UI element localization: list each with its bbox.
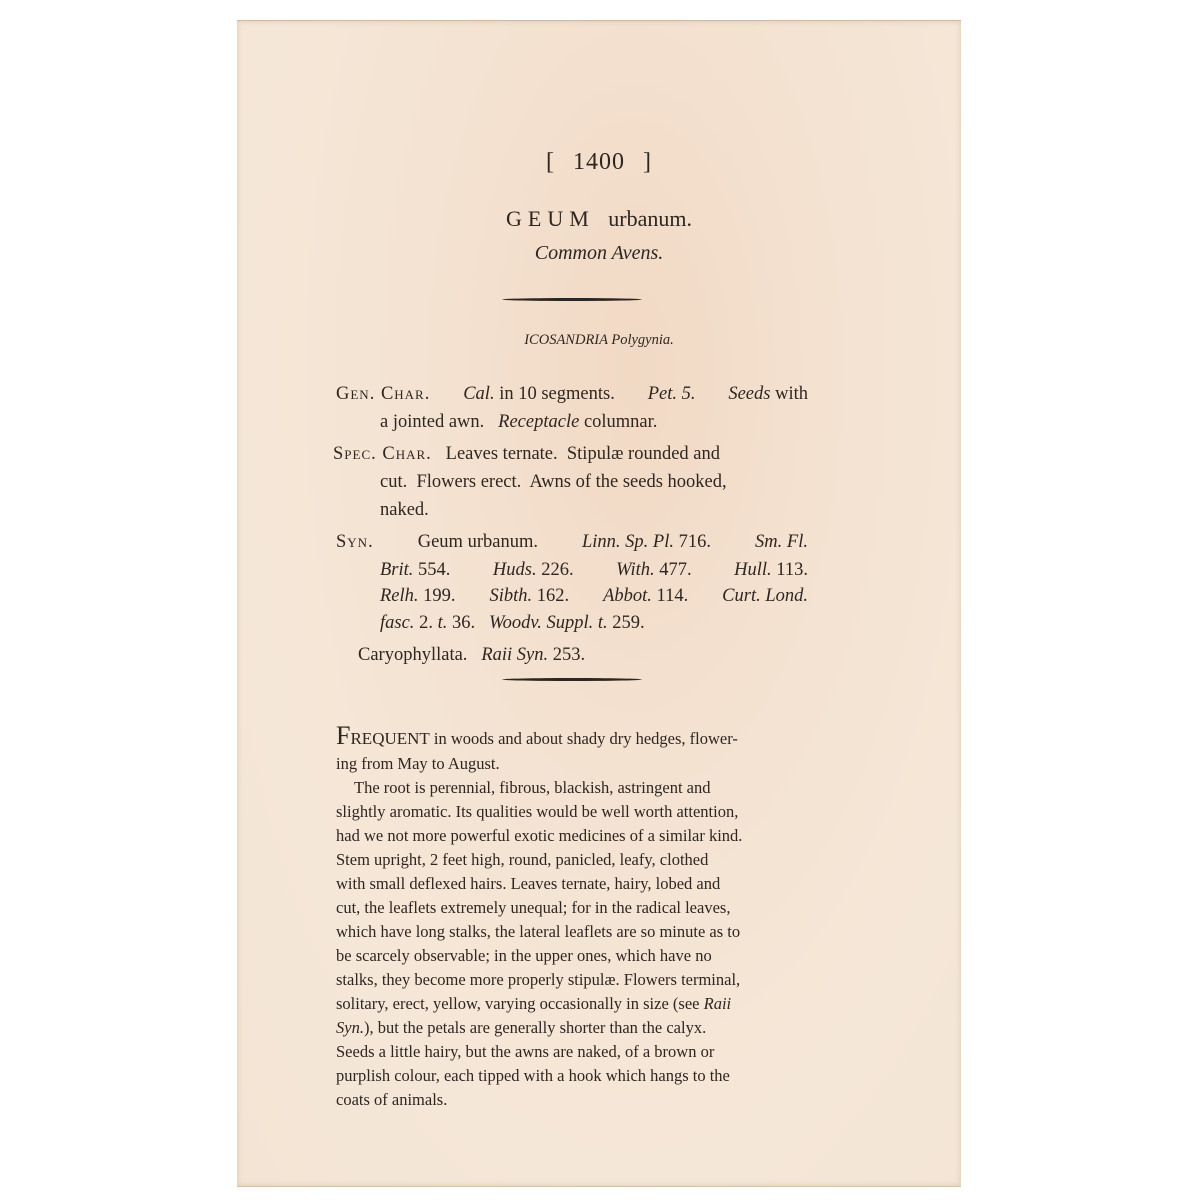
text-span: with <box>770 384 808 404</box>
text-span: 259. <box>608 613 645 633</box>
text-span: Huds. <box>493 560 537 580</box>
bracket-right: ] <box>643 149 652 176</box>
common-name: Common Avens. <box>237 242 961 265</box>
text-span: Leaves ternate. Stipulæ rounded and <box>446 444 720 464</box>
gen-char-line-1: Gen. Char. Cal. in 10 segments. Pet. 5. … <box>336 384 808 405</box>
description-line-3: The root is perennial, fibrous, blackish… <box>354 778 711 798</box>
ornamental-rule-top <box>502 298 642 301</box>
text-span: 716. <box>674 532 711 552</box>
text-span: Sm. Fl. <box>755 532 808 553</box>
spec-char-line-2: cut. Flowers erect. Awns of the seeds ho… <box>380 472 727 493</box>
ornamental-rule-bottom <box>502 678 642 681</box>
text-span: Curt. Lond. <box>722 586 808 607</box>
description-line-11: stalks, they become more properly stipul… <box>336 970 740 990</box>
text-span: 2. <box>414 613 433 633</box>
text-span: 226. <box>537 560 574 580</box>
description-line-9: which have long stalks, the lateral leaf… <box>336 922 740 942</box>
text-span: Cal. <box>463 384 494 404</box>
text-span: 114. <box>652 586 688 606</box>
description-line-5: had we not more powerful exotic medicine… <box>336 826 742 846</box>
text-span: Relh. <box>380 586 419 606</box>
text-span: Raii Syn. <box>481 645 548 665</box>
page-number-value: 1400 <box>573 149 625 175</box>
text-span: Hull. <box>734 560 772 580</box>
text-span: fasc. <box>380 613 414 633</box>
book-page: [1400] GEUM urbanum. Common Avens. ICOSA… <box>237 20 961 1187</box>
text-span: With. <box>616 560 655 580</box>
text-span: t. <box>433 613 447 633</box>
text-span: Sibth. <box>489 586 532 606</box>
description-line-7: with small deflexed hairs. Leaves ternat… <box>336 874 720 894</box>
syn-label: Syn. <box>336 532 374 553</box>
text-span: in 10 segments. <box>495 384 615 404</box>
page-number: [1400] <box>237 149 961 176</box>
drop-cap: F <box>336 721 350 750</box>
spec-char-label: Spec. Char. <box>333 444 432 464</box>
syn-line-2: Brit. 554. Huds. 226. With. 477. Hull. 1… <box>380 560 808 581</box>
text-span: columnar. <box>579 412 657 432</box>
text-span: Receptacle <box>498 412 579 432</box>
syn-line-4: fasc. 2. t. 36. Woodv. Suppl. t. 259. <box>380 613 645 634</box>
text-span: ), but the petals are generally shorter … <box>364 1018 706 1037</box>
description-line-13: Syn.), but the petals are generally shor… <box>336 1018 706 1038</box>
text-span: Syn. <box>336 1018 364 1037</box>
text-span: Brit. <box>380 560 413 580</box>
text-span: Linn. Sp. Pl. <box>582 532 674 552</box>
text-span: 162. <box>532 586 569 606</box>
syn-line-5: Caryophyllata. Raii Syn. 253. <box>358 645 585 666</box>
description-line-4: slightly aromatic. Its qualities would b… <box>336 802 738 822</box>
spec-char-line-3: naked. <box>380 500 429 521</box>
bracket-left: [ <box>546 149 555 176</box>
text-span: solitary, erect, yellow, varying occasio… <box>336 994 699 1013</box>
text-span: a jointed awn. <box>380 412 484 432</box>
linnaean-class: ICOSANDRIA Polygynia. <box>237 332 961 349</box>
text-span: Abbot. <box>603 586 652 606</box>
text-span: 477. <box>655 560 692 580</box>
species: urbanum. <box>608 206 692 231</box>
text-span: Seeds <box>728 384 770 404</box>
spec-char-line-1: Spec. Char. Leaves ternate. Stipulæ roun… <box>333 444 720 465</box>
text-span: Woodv. Suppl. t. <box>489 613 608 633</box>
description-line-10: be scarcely observable; in the upper one… <box>336 946 712 966</box>
syn-line-1: Syn. Geum urbanum. Linn. Sp. Pl. 716. Sm… <box>336 532 808 553</box>
first-word: REQUENT <box>350 729 429 748</box>
scientific-name: GEUM urbanum. <box>237 206 961 232</box>
description-line-2: ing from May to August. <box>336 754 500 774</box>
syn-line-3: Relh. 199. Sibth. 162. Abbot. 114. Curt.… <box>380 586 808 607</box>
text-span: Pet. 5. <box>648 384 696 405</box>
genus: GEUM <box>506 206 595 231</box>
text-span: 253. <box>548 645 585 665</box>
text-span: Caryophyllata. <box>358 645 467 665</box>
gen-char-line-2: a jointed awn. Receptacle columnar. <box>380 412 657 433</box>
text-span: 36. <box>447 613 475 633</box>
description-line-6: Stem upright, 2 feet high, round, panicl… <box>336 850 708 870</box>
text-span: Geum urbanum. <box>418 532 538 553</box>
description-line-1: FREQUENT in woods and about shady dry he… <box>336 721 738 751</box>
text-span: 554. <box>413 560 450 580</box>
text-span: 113. <box>772 560 808 580</box>
description-line-8: cut, the leaflets extremely unequal; for… <box>336 898 730 918</box>
text-span: in woods and about shady dry hedges, flo… <box>430 729 738 748</box>
description-line-15: purplish colour, each tipped with a hook… <box>336 1066 730 1086</box>
text-span: Raii <box>704 994 732 1013</box>
gen-char-label: Gen. Char. <box>336 384 430 405</box>
text-span: 199. <box>419 586 456 606</box>
description-line-16: coats of animals. <box>336 1090 447 1110</box>
description-line-14: Seeds a little hairy, but the awns are n… <box>336 1042 714 1062</box>
description-line-12: solitary, erect, yellow, varying occasio… <box>336 994 731 1014</box>
